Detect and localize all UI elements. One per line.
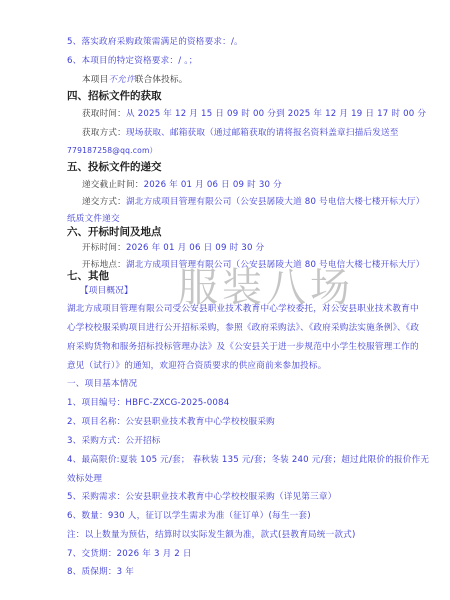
item-price-limit-cont: 效标处理 xyxy=(67,473,102,485)
submission-method-cont: 纸质文件递交 xyxy=(67,213,120,225)
qualification-item-5: 5、落实政府采购政策需满足的资格要求：/。 xyxy=(67,36,243,48)
consortium-emphasis: 不允许 xyxy=(108,75,134,85)
section-4-title: 四、招标文件的获取 xyxy=(67,89,162,103)
submission-method-label: 递交方式： xyxy=(82,197,126,207)
intro-line-3: 府采购货物和服务招标投标管理办法》及《公安县关于进一步规范中小学生校服管理工作的 xyxy=(67,341,419,353)
acquisition-email: 779187258@qq.com） xyxy=(67,145,157,157)
qualification-item-6: 6、本项目的特定资格要求：/ 。； xyxy=(67,55,198,67)
consortium-suffix: 联合体投标。 xyxy=(135,75,188,85)
acquisition-method-value: 现场获取、邮箱获取（通过邮箱获取的请将报名资料盖章扫描后发送至 xyxy=(126,128,399,138)
acquisition-time-value: 从 2025 年 12 月 15 日 09 时 00 分到 2025 年 12 … xyxy=(126,109,426,119)
item-note: 注：以上数量为预估，结算时以实际发生额为准，款式(县教育局统一款式) xyxy=(67,529,356,541)
submission-method-value: 湖北方成项目管理有限公司（公安县孱陵大道 80 号电信大楼七楼开标大厅） xyxy=(126,197,425,207)
opening-time: 开标时间：2026 年 01 月 06 日 09 时 30 分 xyxy=(82,242,264,254)
opening-place-value: 湖北方成项目管理有限公司（公安县孱陵大道 80 号电信大楼七楼开标大厅） xyxy=(126,260,425,270)
item-procurement-demand: 5、采购需求：公安县职业技术教育中心学校校服采购（详见第三章） xyxy=(67,491,336,503)
consortium-statement: 本项目不允许联合体投标。 xyxy=(82,74,188,86)
acquisition-time-label: 获取时间： xyxy=(82,109,126,119)
item-price-limit: 4、最高限价:夏装 105 元/套； 春秋装 135 元/套；冬装 240 元/… xyxy=(67,454,429,466)
submission-deadline-label: 递交截止时间： xyxy=(82,180,144,190)
intro-line-2: 心学校校服采购项目进行公开招标采购，参照《政府采购法》、《政府采购法实施条例》、… xyxy=(67,322,419,334)
section-5-title: 五、投标文件的递交 xyxy=(67,160,162,174)
acquisition-method-label: 获取方式： xyxy=(82,128,126,138)
item-quantity: 6、数量：930 人，征订以学生需求为准（征订单）(每生一套) xyxy=(67,510,311,522)
opening-place: 开标地点：湖北方成项目管理有限公司（公安县孱陵大道 80 号电信大楼七楼开标大厅… xyxy=(82,259,425,271)
item-project-name: 2、项目名称：公安县职业技术教育中心学校校服采购 xyxy=(67,416,275,428)
opening-time-value: 2026 年 01 月 06 日 09 时 30 分 xyxy=(126,243,264,253)
section-6-title: 六、开标时间及地点 xyxy=(67,225,162,239)
consortium-prefix: 本项目 xyxy=(82,75,108,85)
item-warranty: 8、质保期：3 年 xyxy=(67,566,134,578)
overview-tag: 【项目概况】 xyxy=(80,285,133,297)
item-procurement-method: 3、采购方式：公开招标 xyxy=(67,435,161,447)
acquisition-method: 获取方式：现场获取、邮箱获取（通过邮箱获取的请将报名资料盖章扫描后发送至 xyxy=(82,127,399,139)
item-delivery-date: 7、交货期：2026 年 3 月 2 日 xyxy=(67,548,192,560)
intro-line-4: 意见（试行）》的通知，欢迎符合资质要求的供应商前来参加投标。 xyxy=(67,360,327,372)
intro-line-1: 湖北方成项目管理有限公司受公安县职业技术教育中心学校委托，对公安县职业技术教育中 xyxy=(67,303,419,315)
section-7-title: 七、其他 xyxy=(67,269,109,283)
acquisition-time: 获取时间：从 2025 年 12 月 15 日 09 时 00 分到 2025 … xyxy=(82,108,426,120)
submission-deadline-value: 2026 年 01 月 06 日 09 时 30 分 xyxy=(144,180,282,190)
opening-time-label: 开标时间： xyxy=(82,243,126,253)
submission-deadline: 递交截止时间：2026 年 01 月 06 日 09 时 30 分 xyxy=(82,179,282,191)
basic-info-title: 一、项目基本情况 xyxy=(67,378,137,390)
submission-method: 递交方式：湖北方成项目管理有限公司（公安县孱陵大道 80 号电信大楼七楼开标大厅… xyxy=(82,196,425,208)
item-project-number: 1、项目编号：HBFC-ZXCG-2025-0084 xyxy=(67,397,229,409)
